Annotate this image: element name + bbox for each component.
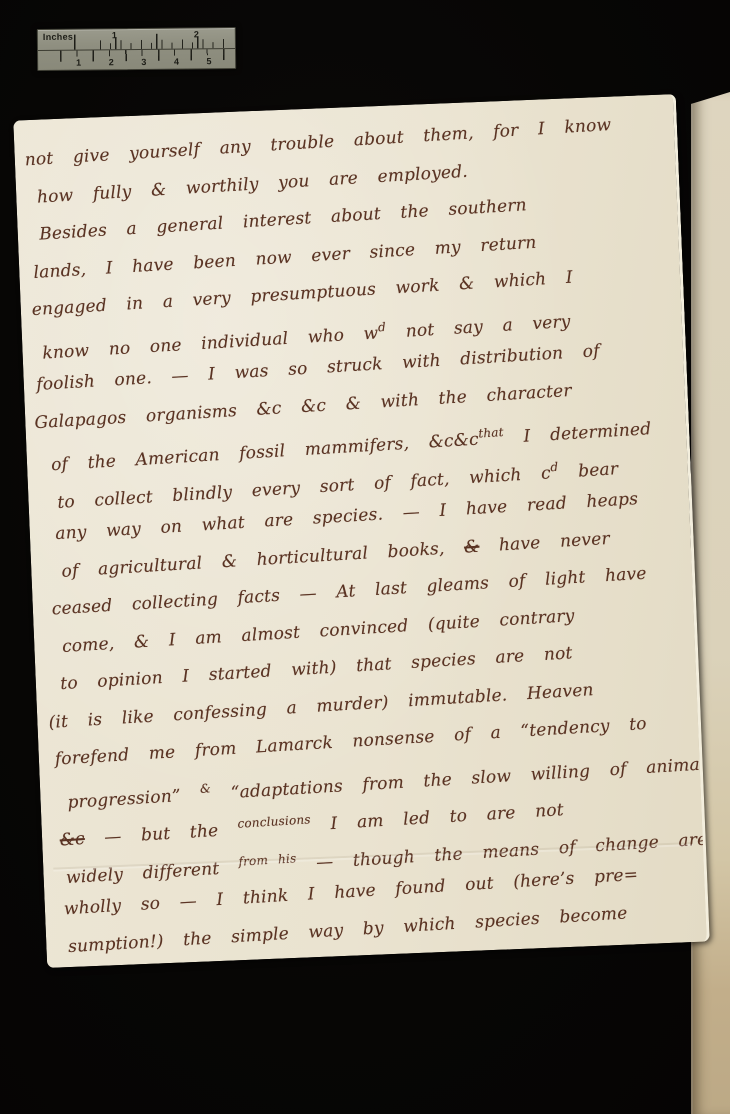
inserted-word: from his bbox=[238, 851, 297, 868]
inserted-word: conclusions bbox=[237, 812, 311, 830]
inserted-word: that bbox=[478, 425, 504, 440]
ruler-number: 4 bbox=[174, 57, 179, 67]
struck-word: & bbox=[463, 536, 480, 557]
manuscript-text: I determined bbox=[503, 419, 651, 448]
ruler-number: 1 bbox=[76, 58, 81, 68]
second-page-edge bbox=[691, 92, 730, 1114]
letter-lines: not give yourself any trouble about them… bbox=[13, 104, 709, 967]
manuscript-text: have never bbox=[479, 528, 611, 556]
manuscript-text: bear bbox=[558, 459, 619, 483]
ruler-number: 3 bbox=[141, 57, 146, 67]
ruler-number: 2 bbox=[194, 29, 199, 39]
ruler-cm-scale: 12345 bbox=[38, 49, 235, 69]
inserted-word: & bbox=[200, 781, 212, 796]
ruler-number: 5 bbox=[206, 56, 211, 66]
ruler-inches-scale: Inches 12 bbox=[38, 28, 235, 51]
photo-background: Inches 12 12345 not give yourself any tr… bbox=[0, 0, 730, 1114]
ruler-title: Inches bbox=[43, 32, 73, 42]
letter-page: not give yourself any trouble about them… bbox=[13, 94, 709, 968]
struck-word: &c bbox=[59, 829, 85, 850]
ruler-number: 1 bbox=[112, 30, 117, 40]
ruler-number: 2 bbox=[109, 57, 114, 67]
ruler: Inches 12 12345 bbox=[37, 27, 236, 71]
